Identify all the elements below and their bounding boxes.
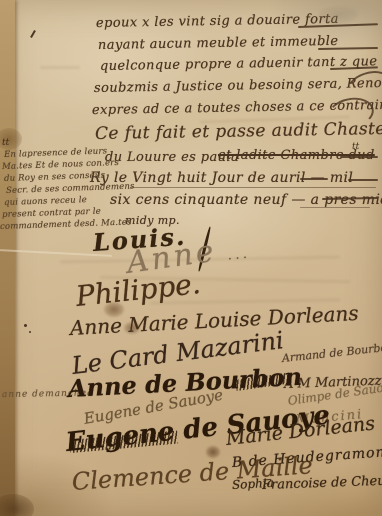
- ink-stain: [206, 446, 220, 458]
- worn-corner-stain: [0, 494, 34, 516]
- underline: [130, 187, 376, 188]
- page-left-edge: [0, 0, 15, 516]
- text-line: soubzmis a Justice ou besoing sera, Reno…: [94, 75, 382, 96]
- smudge-stain: [318, 6, 358, 24]
- renvoi-mark: tt: [2, 138, 9, 148]
- line-filler: [300, 178, 328, 180]
- line-filler: [340, 156, 378, 158]
- underline: [300, 207, 370, 208]
- text-line: epoux x les vint sig a douaire forta: [96, 12, 339, 31]
- line-filler: [318, 47, 378, 50]
- stray-pen-mark: [30, 30, 36, 38]
- ink-dot: [29, 331, 31, 333]
- ink-bleedthrough: [40, 66, 80, 69]
- ink-dot: [24, 324, 27, 327]
- manuscript-page: epoux x les vint sig a douaire forta nay…: [0, 0, 382, 516]
- line-filler: [348, 179, 378, 181]
- text-line: quelconque propre a aduenir tant z que: [100, 54, 378, 74]
- ink-stain: [124, 322, 140, 334]
- renvoi-mark: tt: [352, 142, 359, 152]
- ink-stain: [104, 302, 124, 317]
- signature-philippe: Philippe.: [74, 267, 202, 313]
- margin-line: qui auons receu le: [4, 195, 87, 208]
- ink-dots: · · ·: [227, 250, 247, 266]
- text-line: nayant aucun meuble et immeuble: [98, 34, 339, 53]
- text-line-date: six cens cinquante neuf — a pres midy a: [110, 192, 382, 208]
